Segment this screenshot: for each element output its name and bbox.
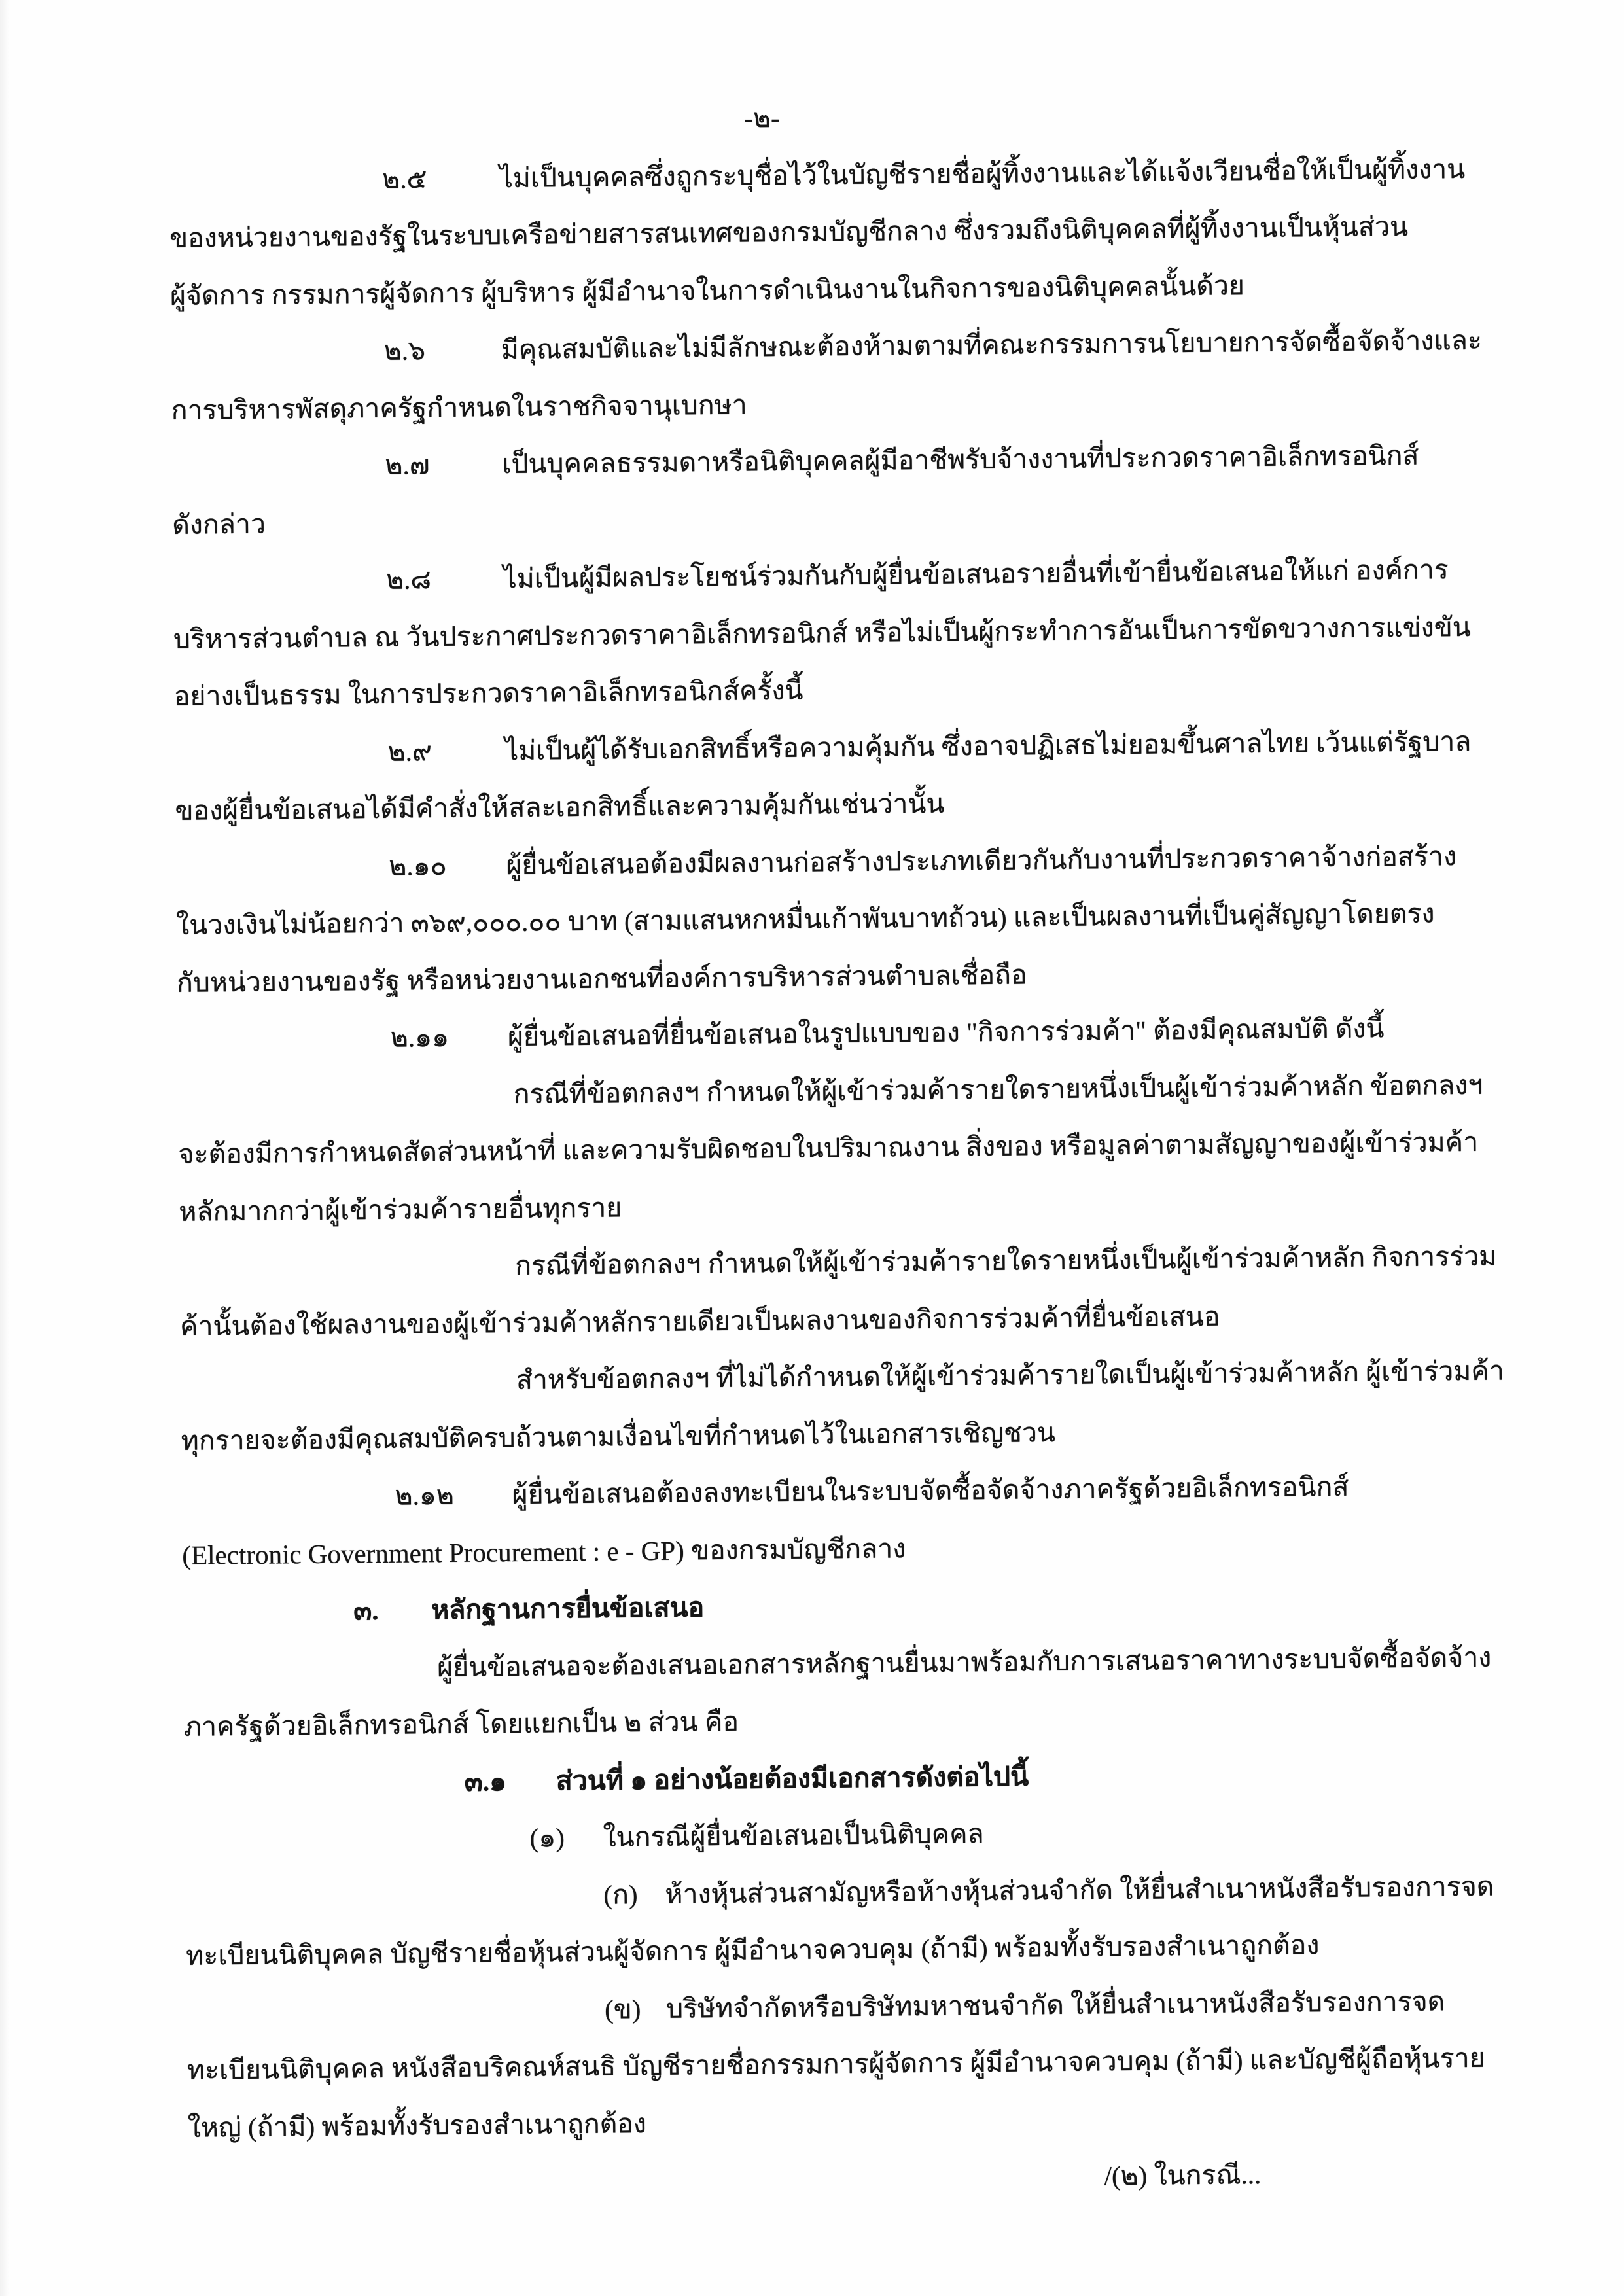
sub-paragraph-line: กรณีที่ข้อตกลงฯ กำหนดให้ผู้เข้าร่วมค้ารา…	[515, 1227, 1528, 1294]
line-text: ทุกรายจะต้องมีคุณสมบัติครบถ้วนตามเงื่อนไ…	[181, 1417, 1056, 1456]
line-text: ผู้ยื่นข้อเสนอที่ยื่นข้อเสนอในรูปแบบของ …	[508, 1013, 1385, 1051]
line-text: กรณีที่ข้อตกลงฯ กำหนดให้ผู้เข้าร่วมค้ารา…	[515, 1241, 1497, 1280]
document-page: -๒-๒.๕ไม่เป็นบุคคลซึ่งถูกระบุชื่อไว้ในบั…	[0, 0, 1624, 2296]
sub-paragraph-line: กรณีที่ข้อตกลงฯ กำหนดให้ผู้เข้าร่วมค้ารา…	[513, 1056, 1526, 1123]
list-item-line: (ข)บริษัทจำกัดหรือบริษัทมหาชนจำกัด ให้ยื…	[605, 1972, 1535, 2038]
line-text: ทะเบียนนิติบุคคล หนังสือบริคณห์สนธิ บัญช…	[187, 2043, 1485, 2085]
line-text: ผู้ยื่นข้อเสนอจะต้องเสนอเอกสารหลักฐานยื่…	[437, 1642, 1492, 1682]
clause-number: ๒.๙	[387, 722, 505, 781]
clause-number: ๒.๗	[385, 436, 503, 494]
clause-number: ๓.๑	[464, 1752, 556, 1810]
line-text: จะต้องมีการกำหนดสัดส่วนหน้าที่ และความรั…	[178, 1127, 1478, 1169]
line-text: หลักมากกว่าผู้เข้าร่วมค้ารายอื่นทุกราย	[179, 1192, 622, 1226]
line-text: /(๒) ในกรณี...	[1104, 2159, 1261, 2191]
line-text: มีคุณสมบัติและไม่มีลักษณะต้องห้ามตามที่ค…	[501, 325, 1483, 364]
line-text: บริษัทจำกัดหรือบริษัทมหาชนจำกัด ให้ยื่นส…	[666, 1986, 1445, 2023]
line-text: (Electronic Government Procurement : e -…	[182, 1533, 906, 1570]
line-text: กับหน่วยงานของรัฐ หรือหน่วยงานเอกชนที่อง…	[177, 959, 1027, 997]
scan-edge-shadow	[0, 0, 9, 2296]
clause-line: ๒.๖มีคุณสมบัติและไม่มีลักษณะต้องห้ามตามท…	[383, 311, 1519, 380]
line-text: ทะเบียนนิติบุคคล บัญชีรายชื่อหุ้นส่วนผู้…	[186, 1930, 1320, 1971]
clause-line: ๒.๑๑ผู้ยื่นข้อเสนอที่ยื่นข้อเสนอในรูปแบบ…	[390, 998, 1525, 1067]
line-text: อย่างเป็นธรรม ในการประกวดราคาอิเล็กทรอนิ…	[174, 675, 803, 711]
clause-number: ๓.	[353, 1581, 432, 1640]
line-text: การบริหารพัสดุภาครัฐกำหนดในราชกิจจานุเบก…	[171, 389, 747, 425]
clause-number: ๒.๖	[383, 321, 501, 380]
section-heading: ๓.หลักฐานการยื่นข้อเสนอ	[353, 1571, 1531, 1640]
line-text: ภาครัฐด้วยอิเล็กทรอนิกส์ โดยแยกเป็น ๒ ส่…	[184, 1706, 739, 1742]
clause-number: ๒.๑๒	[395, 1466, 512, 1525]
line-text: ไม่เป็นบุคคลซึ่งถูกระบุชื่อไว้ในบัญชีราย…	[499, 153, 1465, 192]
list-item-line: (ก)ห้างหุ้นส่วนสามัญหรือห้างหุ้นส่วนจำกั…	[603, 1858, 1534, 1924]
clause-number: (ก)	[603, 1865, 665, 1923]
line-text: -๒-	[744, 103, 780, 133]
clause-number: (ข)	[605, 1980, 667, 2038]
clause-line: ๒.๑๒ผู้ยื่นข้อเสนอต้องลงทะเบียนในระบบจัด…	[395, 1457, 1530, 1525]
continuation-note: /(๒) ในกรณี...	[1104, 2144, 1536, 2205]
line-text: ใหญ่ (ถ้ามี) พร้อมทั้งรับรองสำเนาถูกต้อง	[188, 2108, 647, 2143]
sub-paragraph-line: สำหรับข้อตกลงฯ ที่ไม่ได้กำหนดให้ผู้เข้าร…	[516, 1342, 1528, 1409]
line-text: ดังกล่าว	[172, 508, 266, 539]
clause-number: (๑)	[529, 1809, 603, 1867]
page-number: -๒-	[744, 82, 1517, 147]
line-text: ผู้ยื่นข้อเสนอต้องมีผลงานก่อสร้างประเภทเ…	[506, 841, 1456, 880]
clause-number: ๒.๑๑	[390, 1008, 508, 1067]
subsection-heading: ๓.๑ส่วนที่ ๑ อย่างน้อยต้องมีเอกสารดังต่อ…	[464, 1743, 1532, 1810]
line-text: ของหน่วยงานของรัฐในระบบเครือข่ายสารสนเทศ…	[169, 211, 1408, 253]
line-text: ผู้จัดการ กรรมการผู้จัดการ ผู้บริหาร ผู้…	[170, 270, 1244, 311]
clause-line: ๒.๘ไม่เป็นผู้มีผลประโยชน์ร่วมกันกับผู้ยื…	[386, 540, 1521, 609]
document-text-block: -๒-๒.๕ไม่เป็นบุคคลซึ่งถูกระบุชื่อไว้ในบั…	[168, 82, 1536, 2214]
clause-line: ๒.๑๐ผู้ยื่นข้อเสนอต้องมีผลงานก่อสร้างประ…	[389, 827, 1524, 895]
sub-paragraph-line: ผู้ยื่นข้อเสนอจะต้องเสนอเอกสารหลักฐานยื่…	[437, 1629, 1532, 1697]
line-text: ในวงเงินไม่น้อยกว่า ๓๖๙,๐๐๐.๐๐ บาท (สามแ…	[176, 898, 1435, 940]
line-text: ของผู้ยื่นข้อเสนอได้มีคำสั่งให้สละเอกสิท…	[175, 788, 944, 826]
line-text: หลักฐานการยื่นข้อเสนอ	[431, 1592, 704, 1625]
clause-line: ๒.๕ไม่เป็นบุคคลซึ่งถูกระบุชื่อไว้ในบัญชี…	[382, 140, 1517, 208]
line-text: ในกรณีผู้ยื่นข้อเสนอเป็นนิติบุคคล	[603, 1818, 983, 1852]
line-text: ห้างหุ้นส่วนสามัญหรือห้างหุ้นส่วนจำกัด ใ…	[665, 1871, 1494, 1909]
line-text: ค้านั้นต้องใช้ผลงานของผู้เข้าร่วมค้าหลัก…	[180, 1301, 1220, 1341]
clause-number: ๒.๘	[386, 550, 504, 609]
clause-number: ๒.๑๐	[389, 837, 506, 895]
clause-line: ๒.๙ไม่เป็นผู้ได้รับเอกสิทธิ์หรือความคุ้ม…	[387, 713, 1523, 781]
line-text: ไม่เป็นผู้มีผลประโยชน์ร่วมกันกับผู้ยื่นข…	[503, 554, 1449, 593]
line-text: ผู้ยื่นข้อเสนอต้องลงทะเบียนในระบบจัดซื้อ…	[512, 1472, 1349, 1510]
line-text: กรณีที่ข้อตกลงฯ กำหนดให้ผู้เข้าร่วมค้ารา…	[513, 1069, 1483, 1108]
line-text: เป็นบุคคลธรรมดาหรือนิติบุคคลผู้มีอาชีพรั…	[502, 440, 1419, 479]
line-text: บริหารส่วนตำบล ณ วันประกาศประกวดราคาอิเล…	[173, 611, 1471, 654]
line-text: สำหรับข้อตกลงฯ ที่ไม่ได้กำหนดให้ผู้เข้าร…	[516, 1355, 1504, 1394]
clause-line: ๒.๗เป็นบุคคลธรรมดาหรือนิติบุคคลผู้มีอาชี…	[385, 426, 1520, 494]
clause-number: ๒.๕	[382, 150, 500, 208]
line-text: ส่วนที่ ๑ อย่างน้อยต้องมีเอกสารดังต่อไปน…	[556, 1761, 1029, 1795]
list-item-line: (๑)ในกรณีผู้ยื่นข้อเสนอเป็นนิติบุคคล	[529, 1800, 1533, 1867]
line-text: ไม่เป็นผู้ได้รับเอกสิทธิ์หรือความคุ้มกัน…	[504, 726, 1471, 765]
